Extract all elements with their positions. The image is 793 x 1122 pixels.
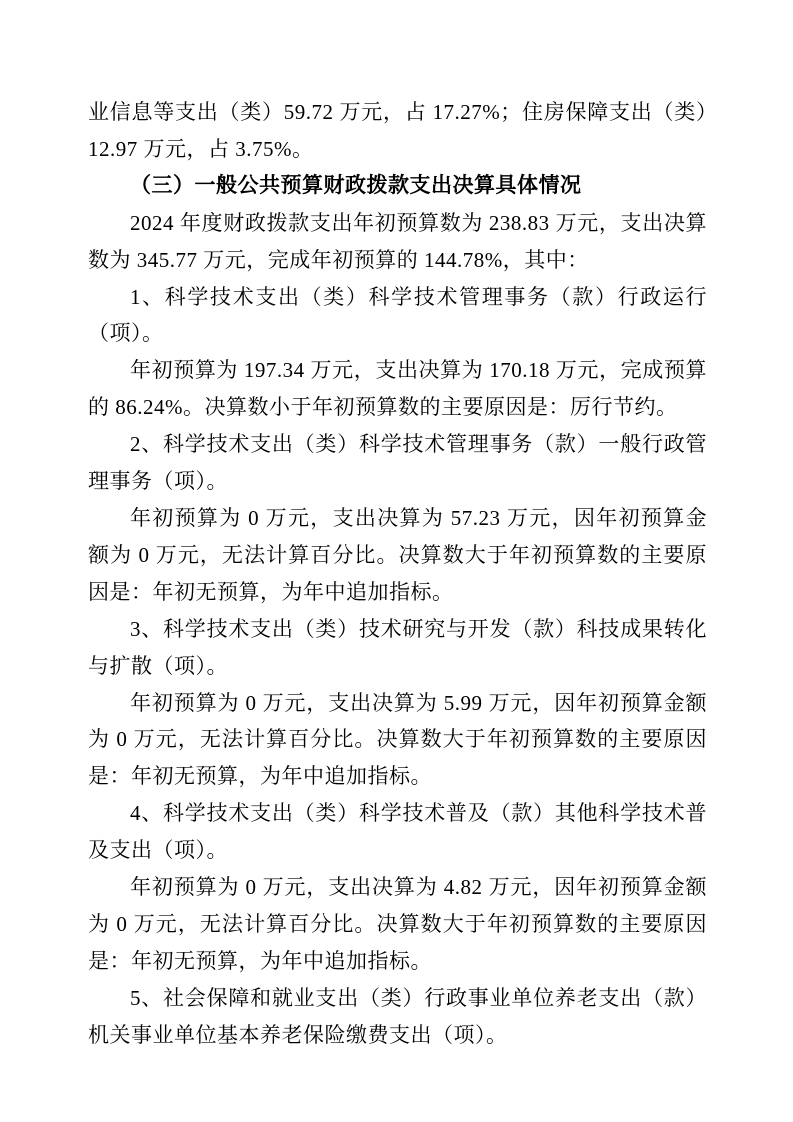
paragraph-item-3-title: 3、科学技术支出（类）技术研究与开发（款）科技成果转化与扩散（项）。 xyxy=(88,611,707,685)
paragraph-item-5-title: 5、社会保障和就业支出（类）行政事业单位养老支出（款）机关事业单位基本养老保险缴… xyxy=(88,980,707,1054)
paragraph-item-2-detail: 年初预算为 0 万元，支出决算为 57.23 万元，因年初预算金额为 0 万元，… xyxy=(88,500,707,611)
paragraph-item-4-detail: 年初预算为 0 万元，支出决算为 4.82 万元，因年初预算金额为 0 万元，无… xyxy=(88,869,707,980)
paragraph-item-2-title: 2、科学技术支出（类）科学技术管理事务（款）一般行政管理事务（项）。 xyxy=(88,426,707,500)
document-page: 业信息等支出（类）59.72 万元，占 17.27%；住房保障支出（类）12.9… xyxy=(0,0,793,1122)
section-heading: （三）一般公共预算财政拨款支出决算具体情况 xyxy=(88,168,707,205)
paragraph-item-1-title: 1、科学技术支出（类）科学技术管理事务（款）行政运行（项）。 xyxy=(88,279,707,353)
paragraph-overflow-continued: 业信息等支出（类）59.72 万元，占 17.27%；住房保障支出（类）12.9… xyxy=(88,94,707,168)
paragraph-item-1-detail: 年初预算为 197.34 万元，支出决算为 170.18 万元，完成预算的 86… xyxy=(88,352,707,426)
paragraph-item-4-title: 4、科学技术支出（类）科学技术普及（款）其他科学技术普及支出（项）。 xyxy=(88,795,707,869)
paragraph-item-3-detail: 年初预算为 0 万元，支出决算为 5.99 万元，因年初预算金额为 0 万元，无… xyxy=(88,685,707,796)
paragraph-summary: 2024 年度财政拨款支出年初预算数为 238.83 万元，支出决算数为 345… xyxy=(88,205,707,279)
